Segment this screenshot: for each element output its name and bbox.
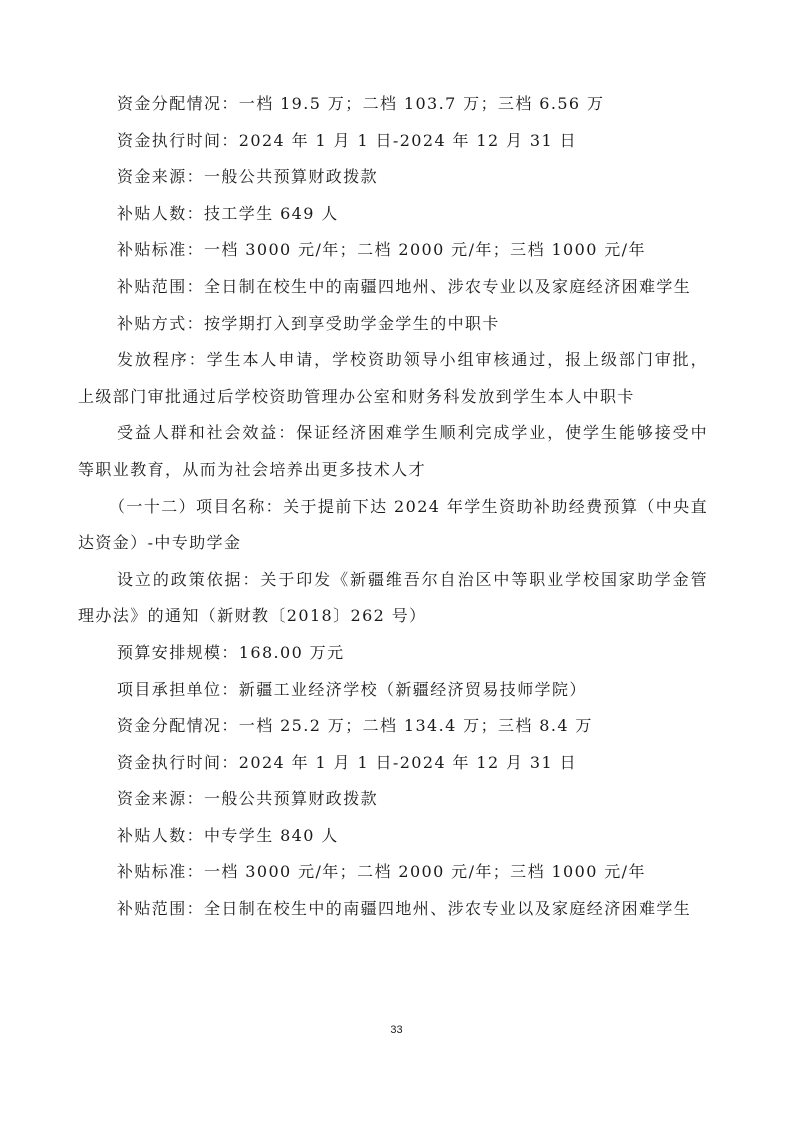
policy-basis: 设立的政策依据：关于印发《新疆维吾尔自治区中等职业学校国家助学金管理办法》的通知… bbox=[78, 562, 708, 635]
subsidy-method-1: 补贴方式：按学期打入到享受助学金学生的中职卡 bbox=[78, 306, 708, 343]
document-body: 资金分配情况：一档 19.5 万；二档 103.7 万；三档 6.56 万 资金… bbox=[78, 86, 708, 928]
responsible-unit: 项目承担单位：新疆工业经济学校（新疆经济贸易技师学院） bbox=[78, 672, 708, 709]
execution-period-1: 资金执行时间：2024 年 1 月 1 日-2024 年 12 月 31 日 bbox=[78, 123, 708, 160]
fund-allocation-1: 资金分配情况：一档 19.5 万；二档 103.7 万；三档 6.56 万 bbox=[78, 86, 708, 123]
disbursement-procedure-1: 发放程序：学生本人申请，学校资助领导小组审核通过，报上级部门审批，上级部门审批通… bbox=[78, 342, 708, 415]
subsidy-scope-2: 补贴范围：全日制在校生中的南疆四地州、涉农专业以及家庭经济困难学生 bbox=[78, 891, 708, 928]
execution-period-2: 资金执行时间：2024 年 1 月 1 日-2024 年 12 月 31 日 bbox=[78, 745, 708, 782]
fund-allocation-2: 资金分配情况：一档 25.2 万；二档 134.4 万；三档 8.4 万 bbox=[78, 708, 708, 745]
subsidy-scope-1: 补贴范围：全日制在校生中的南疆四地州、涉农专业以及家庭经济困难学生 bbox=[78, 269, 708, 306]
fund-source-2: 资金来源：一般公共预算财政拨款 bbox=[78, 781, 708, 818]
budget-scale: 预算安排规模：168.00 万元 bbox=[78, 635, 708, 672]
subsidy-standard-1: 补贴标准：一档 3000 元/年；二档 2000 元/年；三档 1000 元/年 bbox=[78, 232, 708, 269]
subsidy-standard-2: 补贴标准：一档 3000 元/年；二档 2000 元/年；三档 1000 元/年 bbox=[78, 854, 708, 891]
subsidy-count-2: 补贴人数：中专学生 840 人 bbox=[78, 818, 708, 855]
page-number: 33 bbox=[0, 1024, 793, 1036]
beneficiaries-1: 受益人群和社会效益：保证经济困难学生顺利完成学业，使学生能够接受中等职业教育，从… bbox=[78, 415, 708, 488]
subsidy-count-1: 补贴人数：技工学生 649 人 bbox=[78, 196, 708, 233]
fund-source-1: 资金来源：一般公共预算财政拨款 bbox=[78, 159, 708, 196]
project-heading-12: （一十二）项目名称：关于提前下达 2024 年学生资助补助经费预算（中央直达资金… bbox=[78, 489, 708, 562]
